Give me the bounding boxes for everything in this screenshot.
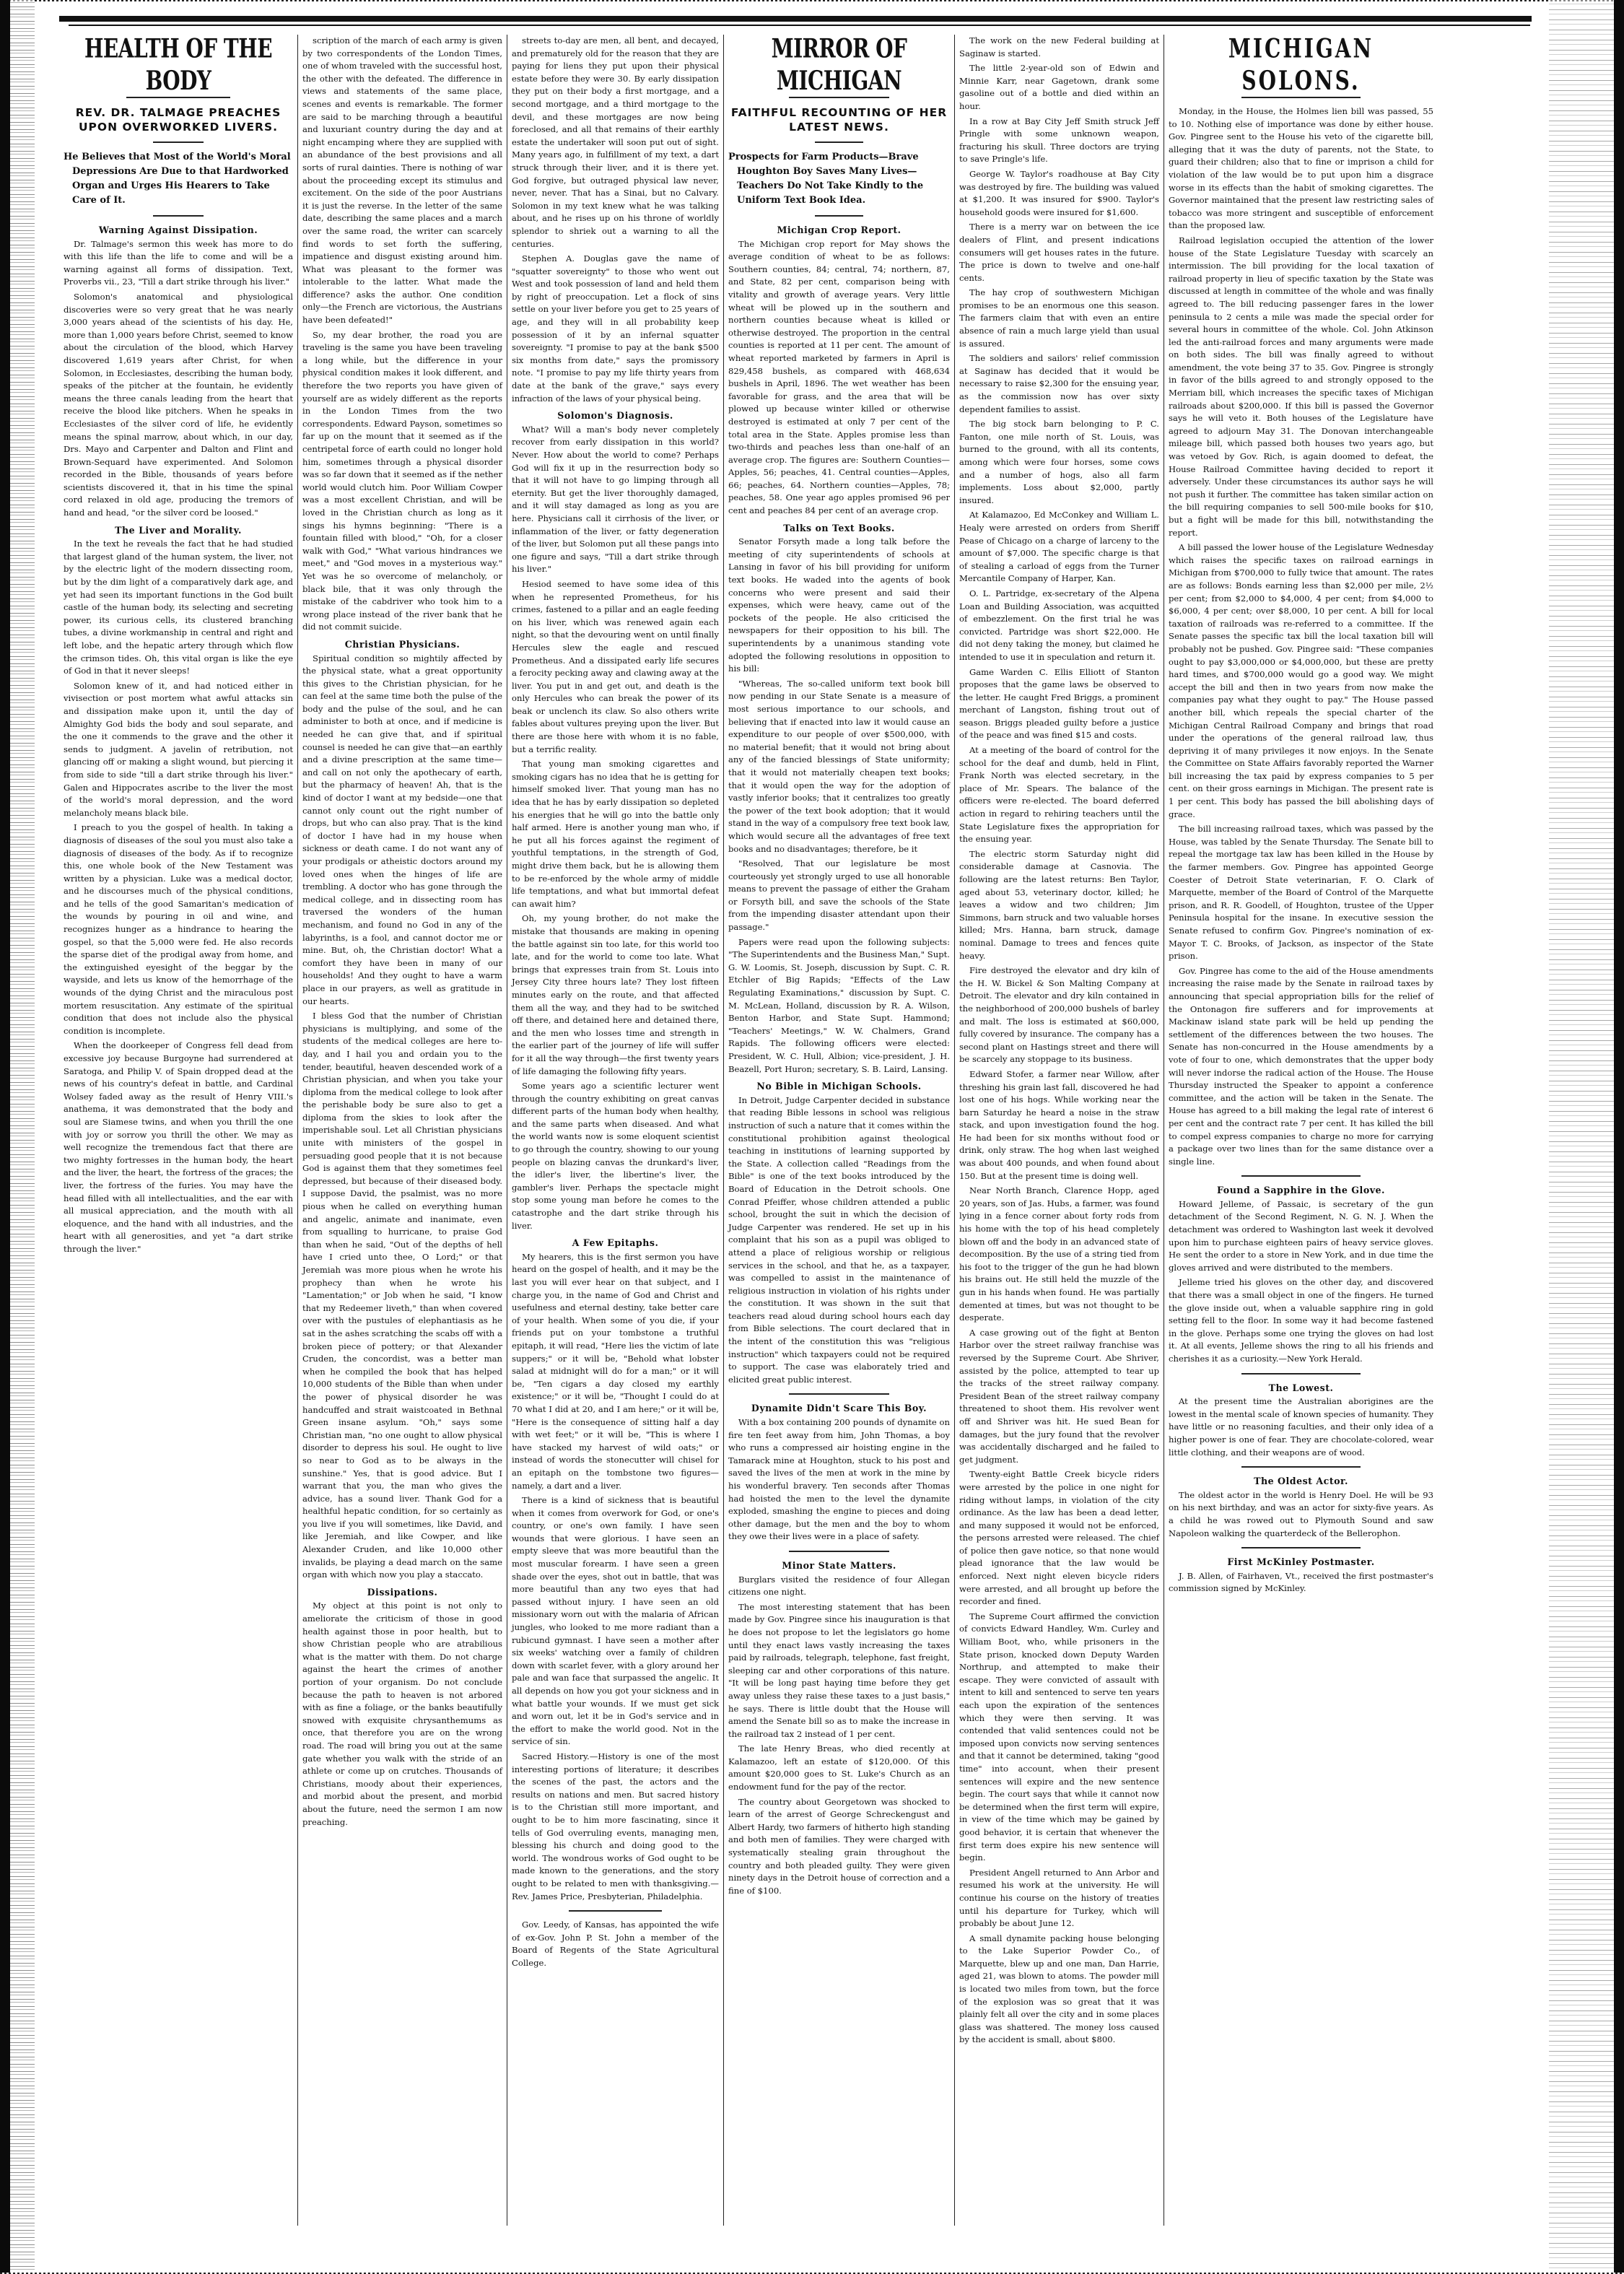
- article-paragraph: The most interesting statement that has …: [728, 1601, 950, 1741]
- article-paragraph: My hearers, this is the first sermon you…: [512, 1251, 719, 1492]
- article-paragraph: With a box containing 200 pounds of dyna…: [728, 1416, 950, 1543]
- article-paragraph: That young man smoking cigarettes and sm…: [512, 758, 719, 910]
- article-paragraph: A bill passed the lower house of the Leg…: [1169, 541, 1433, 821]
- article-paragraph: The hay crop of southwestern Michigan pr…: [959, 287, 1159, 350]
- article-paragraph: In the text he reveals the fact that he …: [64, 538, 293, 678]
- headline-subdeck: Prospects for Farm Products—Brave Hought…: [728, 150, 950, 208]
- scan-noise-left: [10, 0, 35, 2274]
- article-subhead: Talks on Text Books.: [728, 522, 950, 535]
- article-paragraph: Spiritual condition so mightily affected…: [302, 653, 502, 1009]
- article-paragraph: The oldest actor in the world is Henry D…: [1169, 1489, 1433, 1540]
- divider-rule: [1241, 1175, 1361, 1177]
- article-paragraph: My object at this point is not only to a…: [302, 1600, 502, 1829]
- article-paragraph: The Michigan crop report for May shows t…: [728, 238, 950, 518]
- article-paragraph: So, my dear brother, the road you are tr…: [302, 329, 502, 634]
- article-paragraph: Solomon knew of it, and had noticed eith…: [64, 680, 293, 820]
- article-subhead: Warning Against Dissipation.: [64, 224, 293, 237]
- article-paragraph: Twenty-eight Battle Creek bicycle riders…: [959, 1468, 1159, 1608]
- article-paragraph: The work on the new Federal building at …: [959, 35, 1159, 60]
- article-paragraph: Railroad legislation occupied the attent…: [1169, 235, 1433, 539]
- column-5: The work on the new Federal building at …: [954, 35, 1164, 2226]
- top-thin-rule: [69, 25, 1530, 26]
- article-paragraph: George W. Taylor's roadhouse at Bay City…: [959, 168, 1159, 219]
- article-paragraph: The big stock barn belonging to P. C. Fa…: [959, 418, 1159, 507]
- article-subhead: Dissipations.: [302, 1586, 502, 1599]
- article-paragraph: streets to-day are men, all bent, and de…: [512, 35, 719, 251]
- article-paragraph: "Whereas, The so-called uniform text boo…: [728, 678, 950, 855]
- article-paragraph: Oh, my young brother, do not make the mi…: [512, 912, 719, 1078]
- article-paragraph: Burglars visited the residence of four A…: [728, 1574, 950, 1599]
- article-paragraph: At Kalamazoo, Ed McConkey and William L.…: [959, 509, 1159, 585]
- article-paragraph: The electric storm Saturday night did co…: [959, 848, 1159, 962]
- article-paragraph: The country about Georgetown was shocked…: [728, 1796, 950, 1898]
- article-paragraph: The late Henry Breas, who died recently …: [728, 1743, 950, 1793]
- column-6: MICHIGAN SOLONS.Monday, in the House, th…: [1164, 35, 1438, 2226]
- column-1: HEALTH OF THE BODYREV. DR. TALMAGE PREAC…: [59, 35, 297, 2226]
- article-paragraph: There is a kind of sickness that is beau…: [512, 1494, 719, 1748]
- article-paragraph: In Detroit, Judge Carpenter decided in s…: [728, 1094, 950, 1387]
- article-subhead: The Lowest.: [1169, 1382, 1433, 1395]
- article-paragraph: Sacred History.—History is one of the mo…: [512, 1751, 719, 1903]
- article-subhead: A Few Epitaphs.: [512, 1237, 719, 1250]
- article-paragraph: The bill increasing railroad taxes, whic…: [1169, 823, 1433, 963]
- article-paragraph: President Angell returned to Ann Arbor a…: [959, 1867, 1159, 1930]
- article-paragraph: Stephen A. Douglas gave the name of "squ…: [512, 253, 719, 405]
- headline-subdeck: He Believes that Most of the World's Mor…: [64, 150, 293, 208]
- divider-rule: [1241, 1466, 1361, 1468]
- article-paragraph: Senator Forsyth made a long talk before …: [728, 536, 950, 676]
- article-subhead: Michigan Crop Report.: [728, 224, 950, 237]
- article-paragraph: Monday, in the House, the Holmes lien bi…: [1169, 105, 1433, 232]
- scan-edge-left: [0, 0, 10, 2274]
- scan-edge-right: [1614, 0, 1624, 2274]
- article-subhead: Minor State Matters.: [728, 1559, 950, 1572]
- article-subhead: Solomon's Diagnosis.: [512, 409, 719, 422]
- article-paragraph: Edward Stofer, a farmer near Willow, aft…: [959, 1068, 1159, 1182]
- article-paragraph: Solomon's anatomical and physiological d…: [64, 291, 293, 520]
- newspaper-page: HEALTH OF THE BODYREV. DR. TALMAGE PREAC…: [59, 35, 1532, 2226]
- page-top-border: [0, 0, 1624, 1]
- divider-rule: [789, 1393, 889, 1395]
- article-paragraph: Gov. Leedy, of Kansas, has appointed the…: [512, 1919, 719, 1969]
- section-headline: MIRROR OF MICHIGAN: [728, 35, 950, 97]
- section-headline: MICHIGAN SOLONS.: [1169, 35, 1433, 97]
- article-subhead: First McKinley Postmaster.: [1169, 1556, 1433, 1569]
- article-paragraph: Jelleme tried his gloves on the other da…: [1169, 1276, 1433, 1365]
- article-paragraph: A case growing out of the fight at Bento…: [959, 1327, 1159, 1467]
- divider-rule: [126, 97, 230, 98]
- article-paragraph: Fire destroyed the elevator and dry kiln…: [959, 964, 1159, 1066]
- article-paragraph: At the present time the Australian abori…: [1169, 1395, 1433, 1459]
- article-paragraph: scription of the march of each army is g…: [302, 35, 502, 327]
- article-paragraph: Near North Branch, Clarence Hopp, aged 2…: [959, 1185, 1159, 1325]
- divider-rule-short: [153, 215, 204, 217]
- article-paragraph: Dr. Talmage's sermon this week has more …: [64, 238, 293, 289]
- top-heavy-rule: [59, 16, 1532, 22]
- divider-rule: [1241, 1373, 1361, 1375]
- article-paragraph: Papers were read upon the following subj…: [728, 936, 950, 1076]
- article-paragraph: I preach to you the gospel of health. In…: [64, 822, 293, 1037]
- column-3: streets to-day are men, all bent, and de…: [507, 35, 723, 2226]
- article-paragraph: There is a merry war on between the ice …: [959, 221, 1159, 284]
- article-subhead: No Bible in Michigan Schools.: [728, 1080, 950, 1093]
- article-paragraph: A small dynamite packing house belonging…: [959, 1933, 1159, 2047]
- divider-rule-short: [815, 215, 864, 217]
- column-2: scription of the march of each army is g…: [297, 35, 507, 2226]
- divider-rule: [789, 1551, 889, 1552]
- scan-noise-right: [1549, 0, 1614, 2274]
- article-subhead: The Liver and Morality.: [64, 524, 293, 537]
- article-subhead: The Oldest Actor.: [1169, 1475, 1433, 1488]
- divider-rule-short: [153, 141, 204, 143]
- article-paragraph: I bless God that the number of Christian…: [302, 1010, 502, 1582]
- article-paragraph: When the doorkeeper of Congress fell dea…: [64, 1040, 293, 1255]
- article-paragraph: What? Will a man's body never completely…: [512, 424, 719, 576]
- article-paragraph: J. B. Allen, of Fairhaven, Vt., received…: [1169, 1570, 1433, 1595]
- divider-rule: [1241, 1547, 1361, 1548]
- article-paragraph: Game Warden C. Ellis Elliott of Stanton …: [959, 666, 1159, 743]
- article-paragraph: O. L. Partridge, ex-secretary of the Alp…: [959, 588, 1159, 664]
- article-paragraph: The little 2-year-old son of Edwin and M…: [959, 62, 1159, 113]
- article-subhead: Dynamite Didn't Scare This Boy.: [728, 1402, 950, 1415]
- article-paragraph: At a meeting of the board of control for…: [959, 744, 1159, 846]
- article-subhead: Found a Sapphire in the Glove.: [1169, 1184, 1433, 1197]
- article-paragraph: Some years ago a scientific lecturer wen…: [512, 1080, 719, 1232]
- article-paragraph: In a row at Bay City Jeff Smith struck J…: [959, 116, 1159, 166]
- headline-deck: FAITHFUL RECOUNTING OF HER LATEST NEWS.: [728, 105, 950, 134]
- article-subhead: Christian Physicians.: [302, 638, 502, 651]
- article-paragraph: "Resolved, That our legislature be most …: [728, 858, 950, 934]
- article-paragraph: Howard Jelleme, of Passaic, is secretary…: [1169, 1198, 1433, 1275]
- column-4: MIRROR OF MICHIGANFAITHFUL RECOUNTING OF…: [723, 35, 954, 2226]
- article-paragraph: The Supreme Court affirmed the convictio…: [959, 1611, 1159, 1865]
- article-paragraph: Gov. Pingree has come to the aid of the …: [1169, 965, 1433, 1169]
- divider-rule-short: [815, 141, 864, 143]
- divider-rule: [789, 97, 889, 98]
- article-paragraph: The soldiers and sailors' relief commiss…: [959, 352, 1159, 416]
- article-paragraph: Hesiod seemed to have some idea of this …: [512, 578, 719, 756]
- section-headline: HEALTH OF THE BODY: [64, 35, 293, 97]
- divider-rule: [569, 1910, 662, 1912]
- divider-rule: [1241, 97, 1361, 98]
- headline-deck: REV. DR. TALMAGE PREACHES UPON OVERWORKE…: [64, 105, 293, 134]
